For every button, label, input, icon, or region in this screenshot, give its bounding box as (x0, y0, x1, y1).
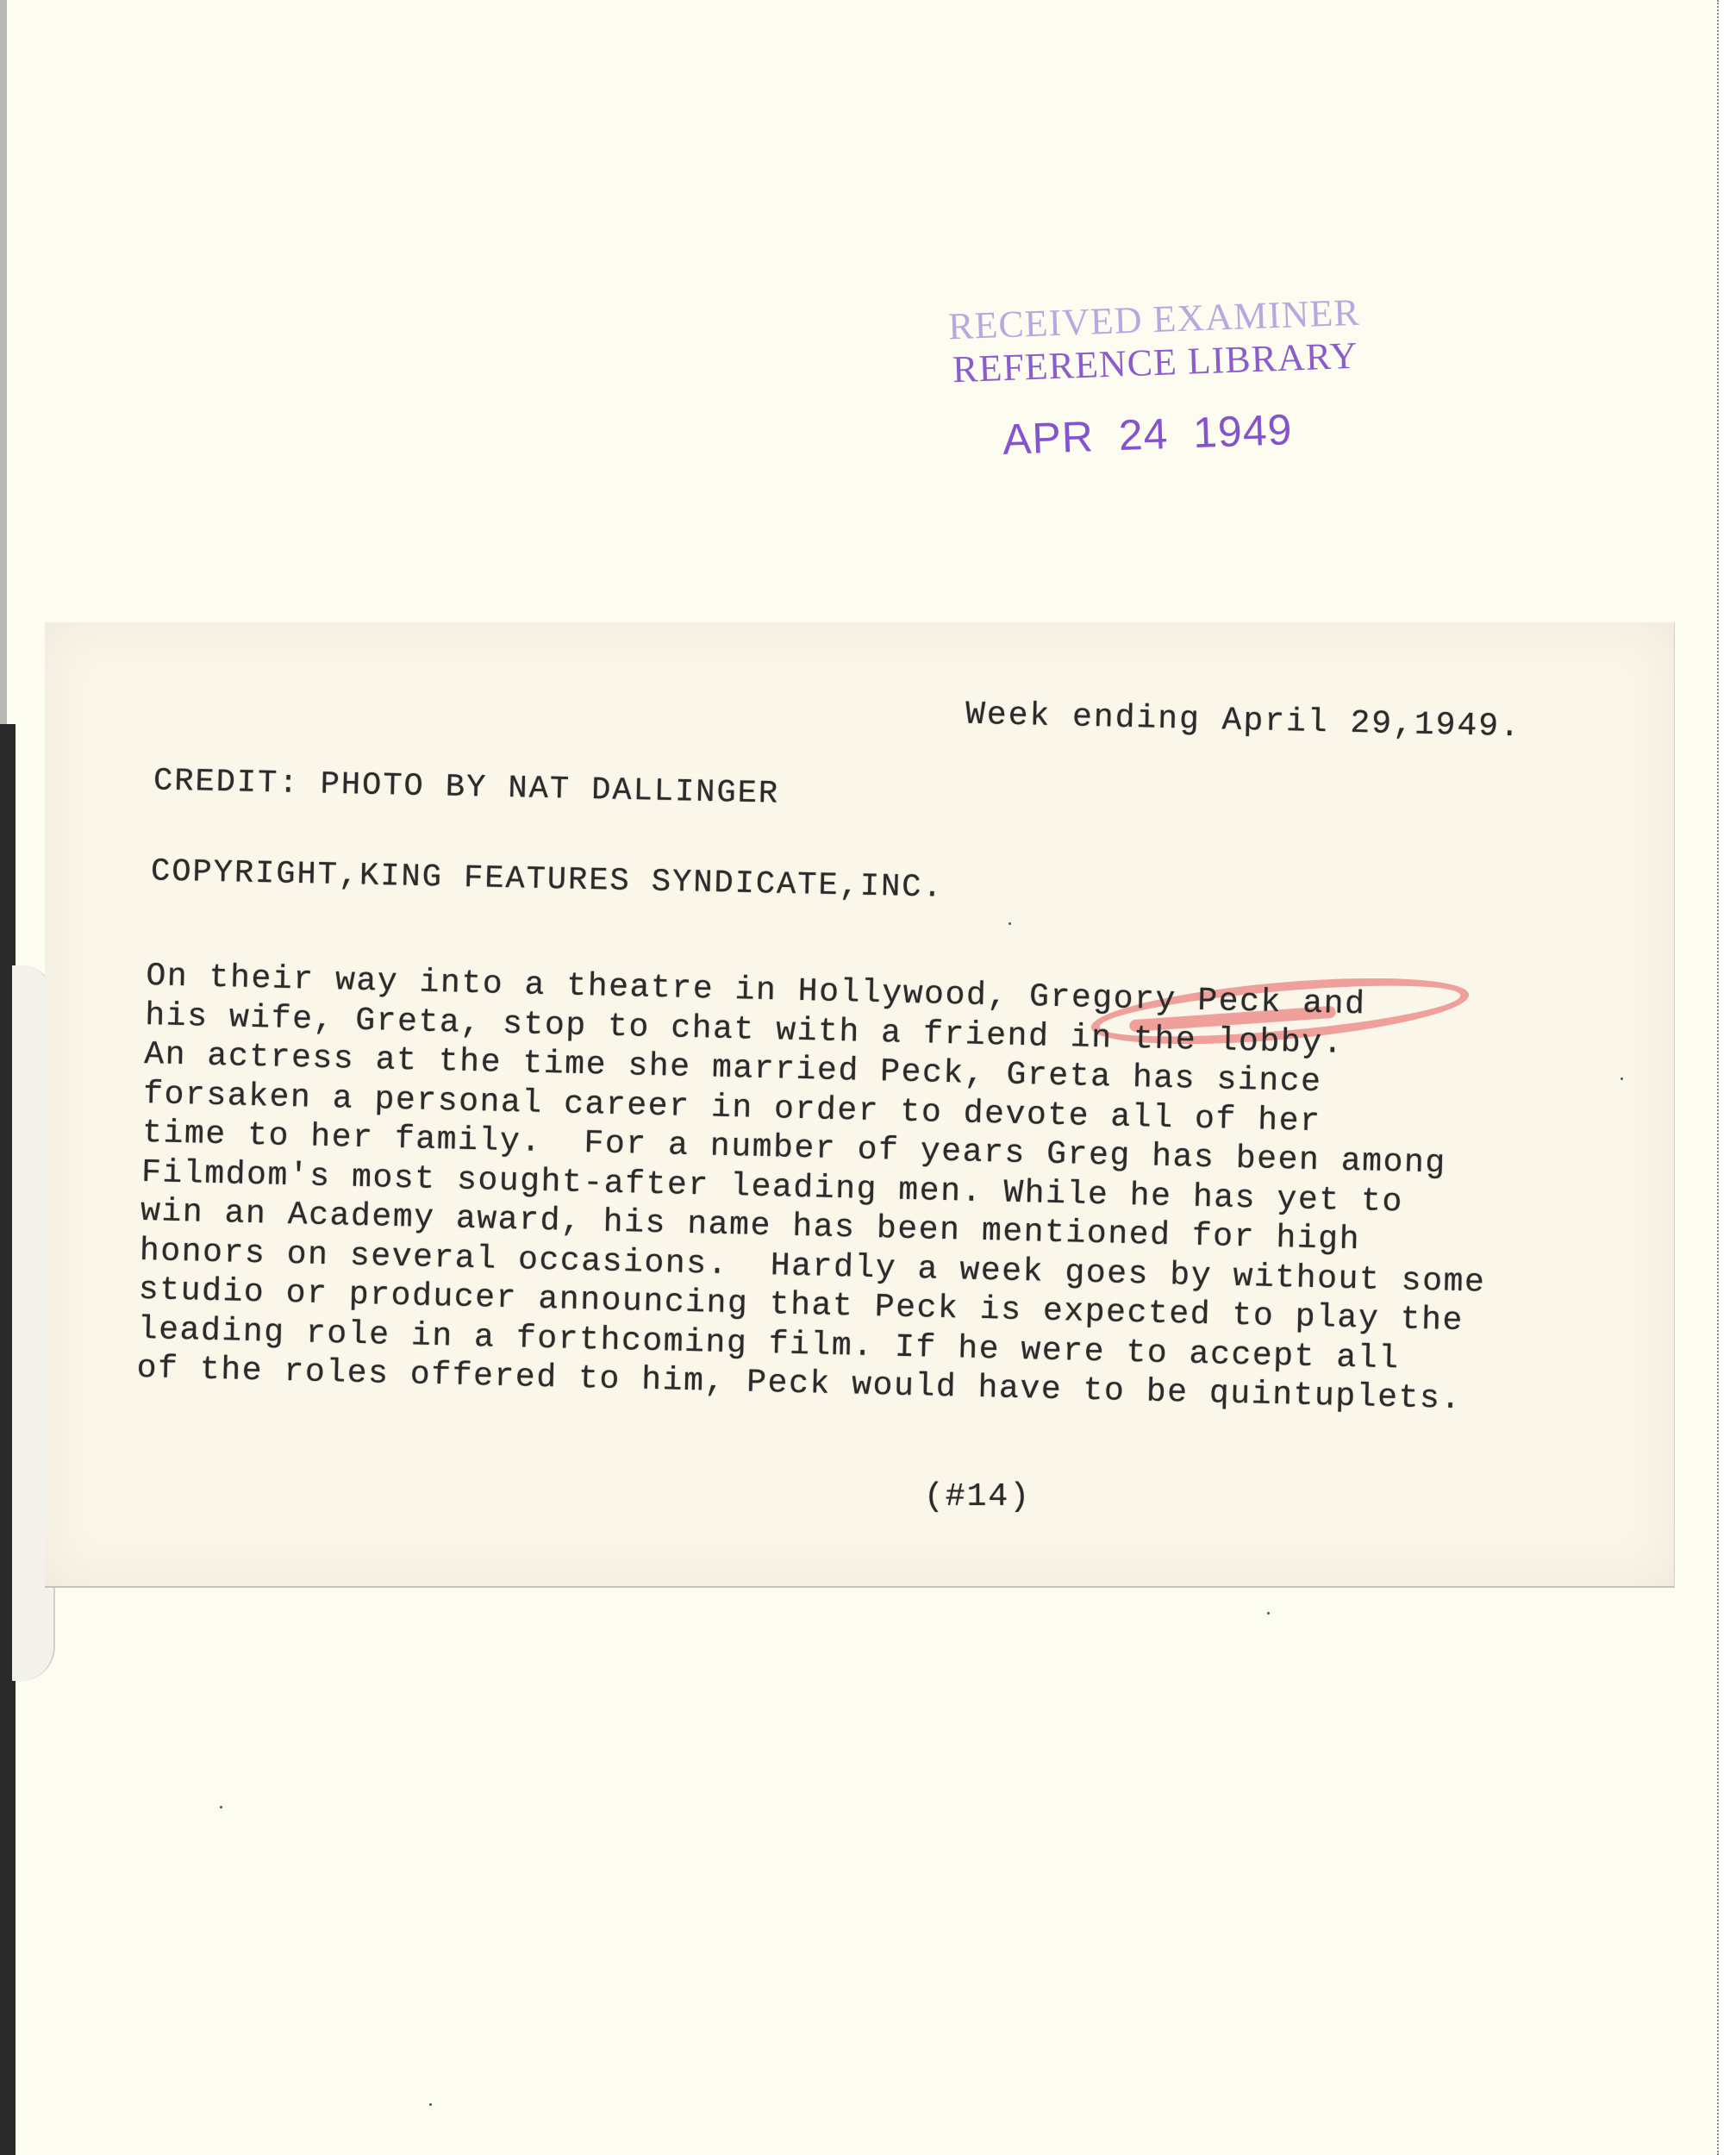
caption-number: (#14) (924, 1478, 1031, 1515)
page-right-edge (1717, 0, 1736, 2155)
paper-speck (1009, 922, 1011, 925)
caption-body: On their way into a theatre in Hollywood… (136, 957, 1680, 1424)
paper-speck (220, 1806, 222, 1808)
paper-speck (429, 2103, 432, 2106)
stamp-date: APR 24 1949 (1002, 404, 1293, 465)
paper-speck (1267, 1612, 1270, 1615)
paper-speck (1620, 1077, 1623, 1080)
